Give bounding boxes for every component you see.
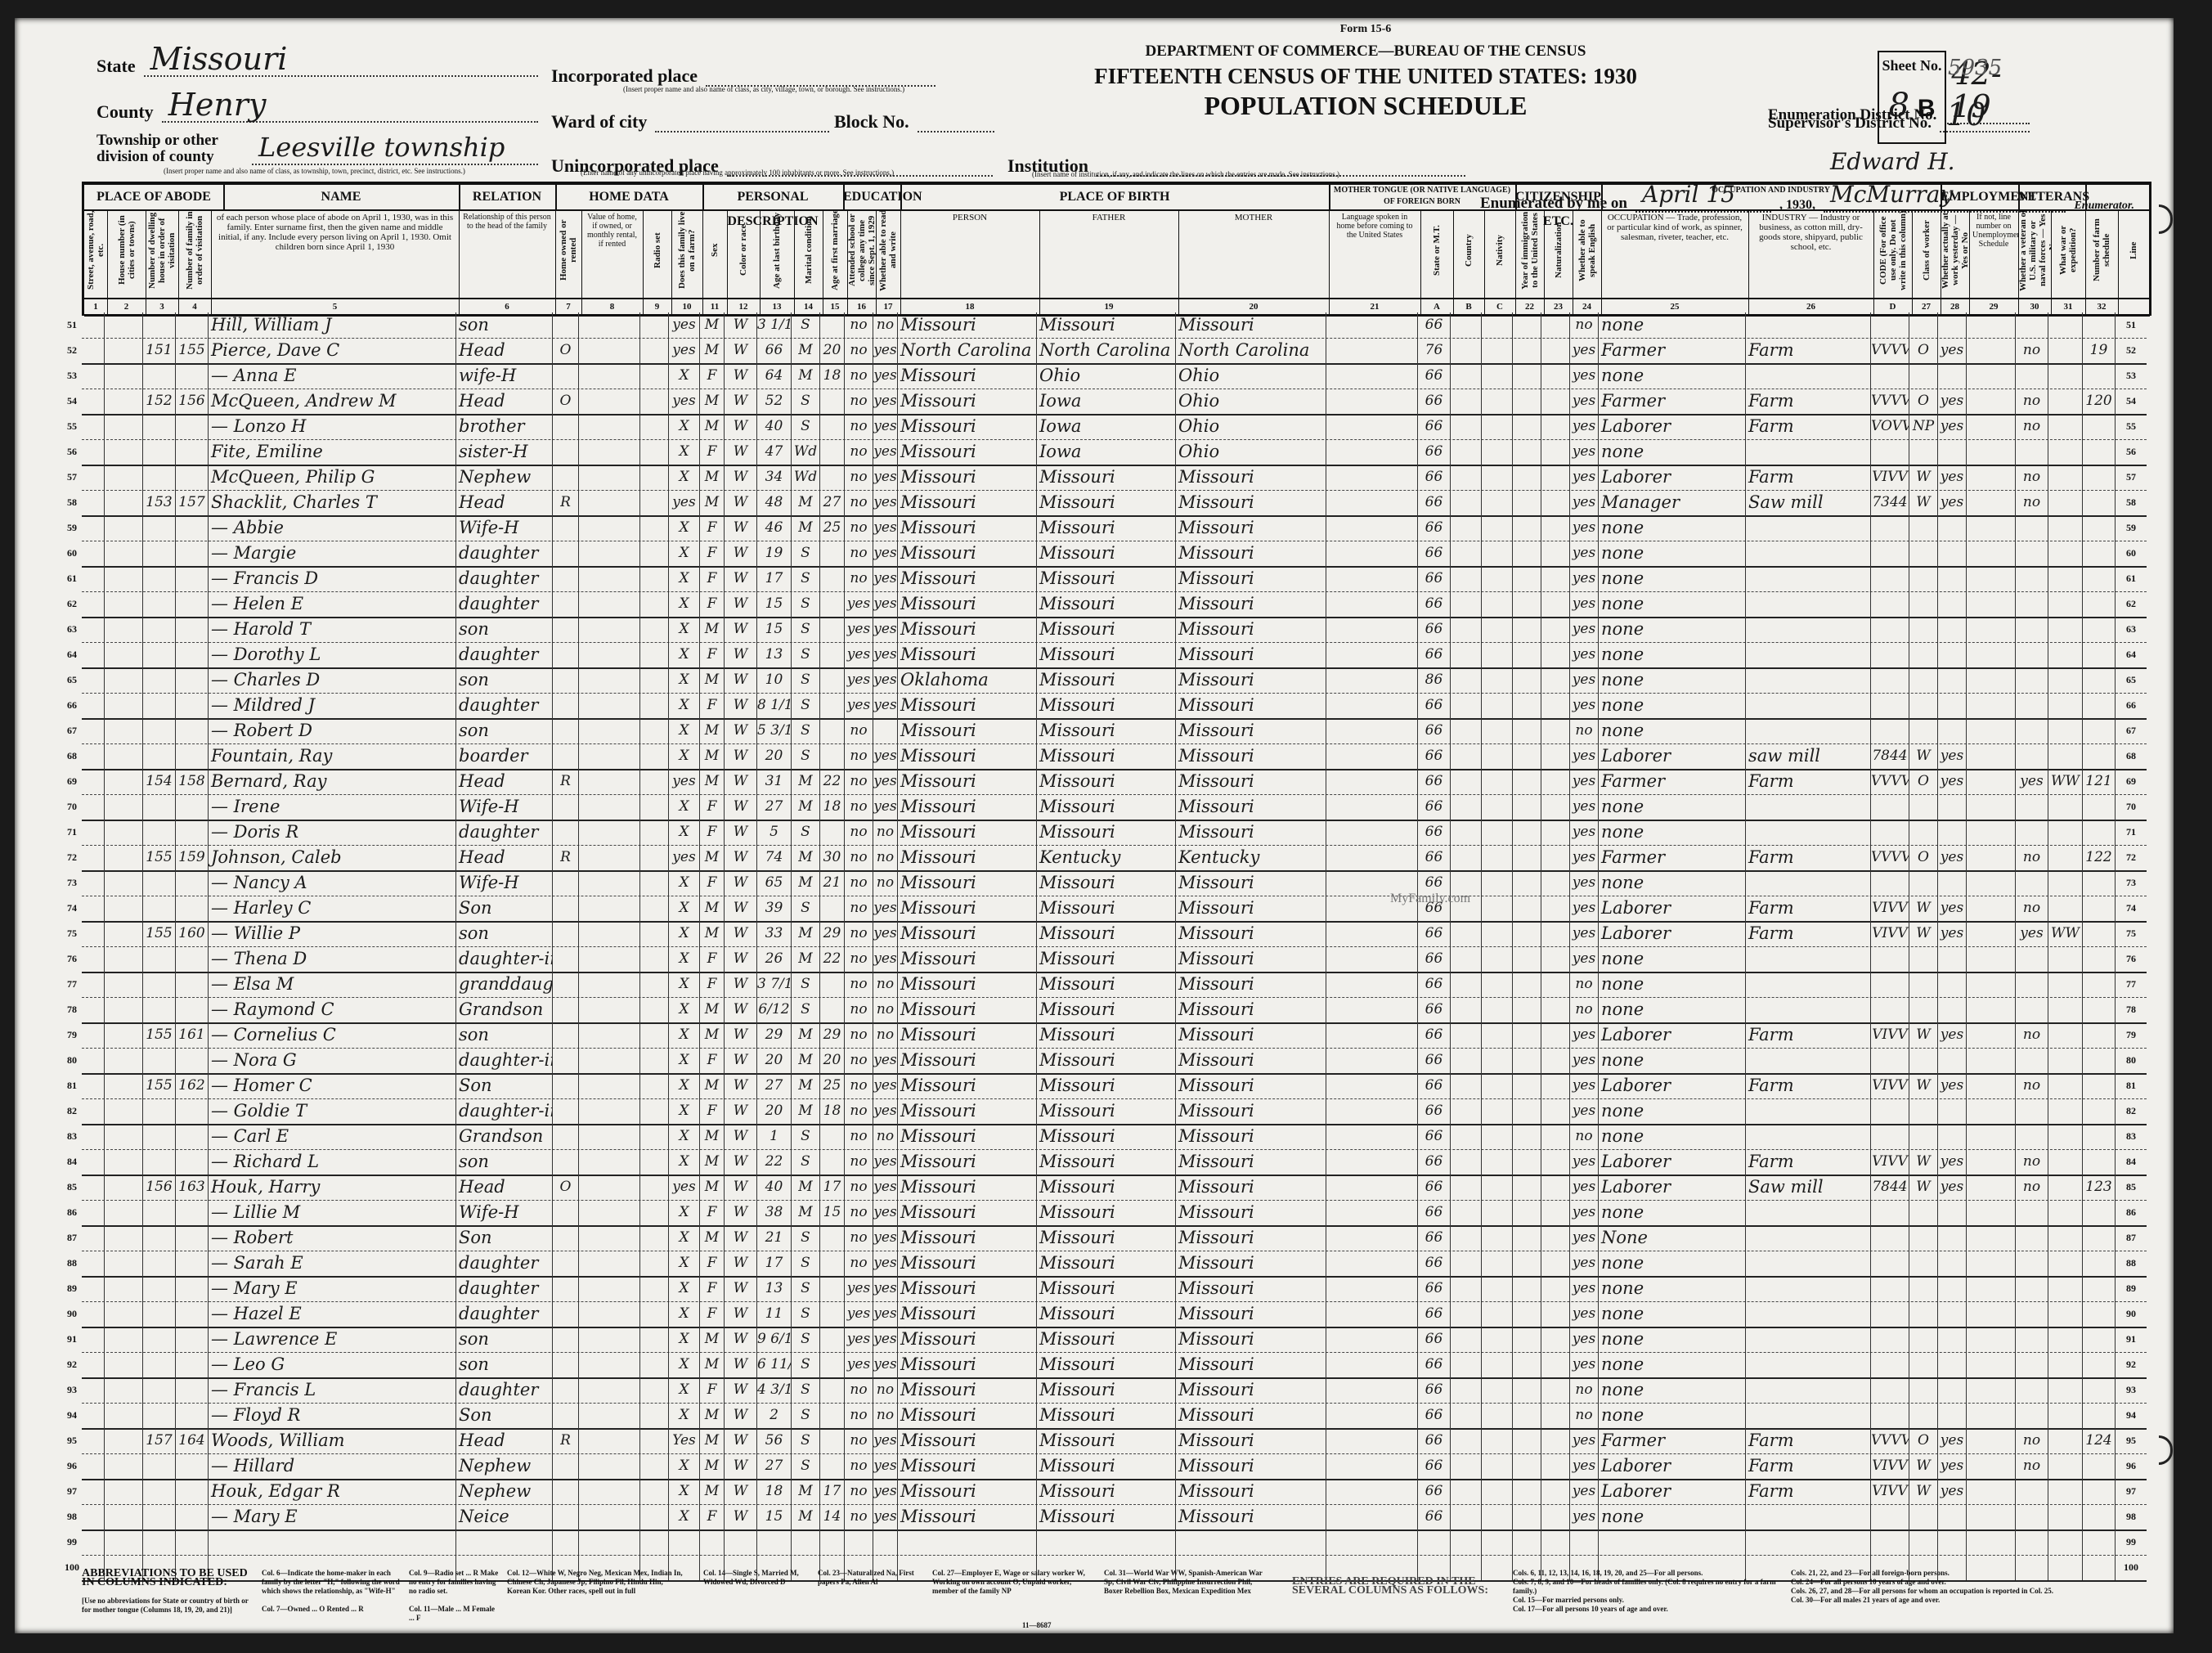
cell-name: Johnson, Caleb (209, 845, 456, 870)
cell-blank (1326, 1276, 1418, 1301)
cell-industry (1746, 718, 1871, 743)
cell-school: yes (845, 591, 873, 617)
table-row[interactable]: 9999 (82, 1529, 2147, 1556)
cell-veteran (2016, 1251, 2048, 1276)
cell-birth-person: Oklahoma (898, 667, 1037, 693)
cell-english: yes (1570, 1098, 1599, 1124)
cell-birth-mother: Missouri (1176, 1149, 1326, 1175)
cell-blank (1326, 743, 1418, 769)
cell-blank (1967, 389, 2016, 414)
table-row[interactable]: — Raymond CGrandsonXMW6/12SnonoMissouriM… (82, 997, 2147, 1024)
cell-code-d (1871, 591, 1909, 617)
table-row[interactable]: — Floyd RSonXMW2SnonoMissouriMissouriMis… (82, 1403, 2147, 1430)
cell-birth-father: Missouri (1037, 312, 1176, 338)
cell-school: no (845, 312, 873, 338)
cell-blank (105, 1098, 143, 1124)
cell-birth-mother: Missouri (1176, 1175, 1326, 1200)
cell-farm-sched (2083, 1098, 2116, 1124)
cell-birth-mother: Missouri (1176, 1124, 1326, 1149)
supervisor-value: 10 (1940, 98, 2030, 133)
cell-code-d (1871, 1048, 1909, 1073)
table-row[interactable]: 155159Johnson, CalebHeadRyesMW74M30nonoM… (82, 845, 2147, 872)
column-header-label: FATHER (1039, 209, 1178, 226)
cell-farm: X (669, 1124, 700, 1149)
cell-blank (1326, 997, 1418, 1022)
cell-sex (700, 1529, 725, 1555)
table-row[interactable]: — Hazel EdaughterXFW11SyesyesMissouriMis… (82, 1301, 2147, 1328)
cell-class (1909, 794, 1938, 820)
cell-sex: M (700, 1225, 725, 1251)
table-row[interactable]: — Lonzo HbrotherXMW40SnoyesMissouriIowaO… (82, 414, 2147, 440)
table-row[interactable]: — Thena Ddaughter-in-lawXFW26M22noyesMis… (82, 946, 2147, 973)
table-row[interactable]: — Nancy AWife-HXFW65M21nonoMissouriMisso… (82, 870, 2147, 896)
cell-blank (1482, 642, 1513, 667)
cell-marital: Wd (792, 439, 820, 465)
cell-birth-father: Missouri (1037, 1327, 1176, 1352)
cell-owned (553, 1377, 579, 1403)
cell-age: 20 (757, 1098, 792, 1124)
cell-age: 22 (757, 1149, 792, 1175)
cell-occupation: Laborer (1599, 1073, 1746, 1098)
cell-blank (1451, 1098, 1482, 1124)
cell-blank (1513, 845, 1541, 870)
cell-blank (1967, 1022, 2016, 1048)
cell-birth-father: Missouri (1037, 566, 1176, 591)
cell-blank (579, 1124, 640, 1149)
line-number: 76 (2116, 946, 2147, 972)
cell-marital: M (792, 490, 820, 515)
cell-blank (640, 617, 669, 642)
cell-blank (1513, 541, 1541, 566)
table-row[interactable]: — Helen EdaughterXFW15SyesyesMissouriMis… (82, 591, 2147, 618)
cell-farm-sched (2083, 617, 2116, 642)
cell-race: W (725, 1479, 757, 1504)
cell-veteran: no (2016, 845, 2048, 870)
line-number: 78 (2116, 997, 2147, 1022)
table-row[interactable]: — Richard LsonXMW22SnoyesMissouriMissour… (82, 1149, 2147, 1176)
cell-sex: M (700, 997, 725, 1022)
cell-school: yes (845, 1301, 873, 1327)
cell-read (873, 1529, 898, 1555)
table-row[interactable]: 152156McQueen, Andrew MHeadOyesMW52Snoye… (82, 389, 2147, 415)
cell-veteran (2016, 1276, 2048, 1301)
cell-english: yes (1570, 1048, 1599, 1073)
cell-relation: Neice (456, 1504, 553, 1529)
cell-code-d: VVVV (1871, 338, 1909, 363)
cell-blank (1451, 1352, 1482, 1377)
cell-blank (1541, 1149, 1570, 1175)
table-row[interactable]: 155160— Willie PsonXMW33M29noyesMissouri… (82, 921, 2147, 947)
cell-birth-father: Missouri (1037, 1377, 1176, 1403)
cell-birth-mother: Missouri (1176, 1504, 1326, 1529)
cell-blank (1482, 972, 1513, 997)
cell-relation: Son (456, 1225, 553, 1251)
cell-occupation: none (1599, 693, 1746, 718)
cell-blank (1482, 1529, 1513, 1555)
cell-blank (105, 338, 143, 363)
table-row[interactable]: Hill, William JsonyesMW3 1/12SnonoMissou… (82, 312, 2147, 339)
cell-owned (553, 1403, 579, 1428)
cell-blank (1326, 1175, 1418, 1200)
cell-blank (579, 338, 640, 363)
cell-war (2048, 642, 2083, 667)
cell-code-d: 7344 (1871, 490, 1909, 515)
cell-veteran (2016, 541, 2048, 566)
cell-age: 5 3/12 (757, 718, 792, 743)
column-header: INDUSTRY — Industry or business, as cott… (1748, 209, 1874, 298)
table-row[interactable]: 154158Bernard, RayHeadRyesMW31M22noyesMi… (82, 769, 2147, 795)
cell-blank (105, 1175, 143, 1200)
cell-owned (553, 997, 579, 1022)
cell-blank (1482, 1048, 1513, 1073)
cell-marital: S (792, 414, 820, 439)
cell-blank (1482, 1098, 1513, 1124)
cell-dwelling (143, 1529, 176, 1555)
table-row[interactable]: — Lillie MWife-HXFW38M15noyesMissouriMis… (82, 1200, 2147, 1227)
cell-school: no (845, 946, 873, 972)
cell-relation: Nephew (456, 465, 553, 490)
cell-owned (553, 718, 579, 743)
cell-blank (579, 769, 640, 794)
cell-blank (1967, 1504, 2016, 1529)
cell-blank (640, 591, 669, 617)
table-row[interactable]: 153157Shacklit, Charles THeadRyesMW48M27… (82, 490, 2147, 517)
cell-farm-sched (2083, 946, 2116, 972)
table-row[interactable]: — Harley CSonXMW39SnoyesMissouriMissouri… (82, 896, 2147, 923)
cell-blank (579, 591, 640, 617)
table-row[interactable]: — Francis LdaughterXFW4 3/12SnonoMissour… (82, 1377, 2147, 1404)
cell-first-marriage: 20 (820, 338, 845, 363)
cell-farm: X (669, 1149, 700, 1175)
cell-code-a: 66 (1418, 1200, 1451, 1225)
cell-read: yes (873, 1225, 898, 1251)
cell-industry (1746, 1529, 1871, 1555)
cell-code-d (1871, 515, 1909, 541)
cell-farm: X (669, 1453, 700, 1479)
line-number: 51 (2116, 312, 2147, 338)
cell-birth-person: Missouri (898, 465, 1037, 490)
cell-blank (1451, 1048, 1482, 1073)
table-row[interactable]: 155162— Homer CSonXMW27M25noyesMissouriM… (82, 1073, 2147, 1099)
table-row[interactable]: — Anna Ewife-HXFW64M18noyesMissouriOhioO… (82, 363, 2147, 389)
cell-at-work (1938, 515, 1967, 541)
column-header-grid: PLACE OF ABODENAMERELATIONHOME DATAPERSO… (82, 182, 2151, 316)
cell-age: 4 3/12 (757, 1377, 792, 1403)
cell-blank (1513, 591, 1541, 617)
cell-occupation: none (1599, 1048, 1746, 1073)
table-row[interactable]: — Sarah EdaughterXFW17SnoyesMissouriMiss… (82, 1251, 2147, 1278)
table-row[interactable]: 157164Woods, WilliamHeadRYesMW56SnoyesMi… (82, 1428, 2147, 1454)
block-label: Block No. (834, 111, 909, 133)
cell-sex: F (700, 1276, 725, 1301)
cell-blank (1541, 591, 1570, 617)
cell-read: yes (873, 667, 898, 693)
cell-occupation: none (1599, 312, 1746, 338)
column-group-header: CITIZENSHIP, ETC. (1515, 185, 1603, 211)
cell-relation: daughter (456, 566, 553, 591)
table-row[interactable]: — HillardNephewXMW27SnoyesMissouriMissou… (82, 1453, 2147, 1480)
cell-blank (1967, 1479, 2016, 1504)
column-header-label: Age at last birthday (772, 209, 782, 291)
cell-name: — Margie (209, 541, 456, 566)
table-row[interactable]: — Robert DsonXMW5 3/12SnoMissouriMissour… (82, 718, 2147, 744)
cell-blank (640, 1529, 669, 1555)
cell-blank (579, 1200, 640, 1225)
cell-blank (1967, 1529, 2016, 1555)
cell-blank (640, 338, 669, 363)
cell-at-work (1938, 312, 1967, 338)
cell-marital: S (792, 1124, 820, 1149)
cell-blank (1326, 1251, 1418, 1276)
cell-name: — Abbie (209, 515, 456, 541)
table-row[interactable]: — Charles DsonXMW10SyesyesOklahomaMissou… (82, 667, 2147, 694)
cell-code-d (1871, 870, 1909, 896)
township-field: Township or other division of county Lee… (96, 131, 538, 165)
cell-blank (105, 1428, 143, 1453)
table-row[interactable]: — Francis DdaughterXFW17SnoyesMissouriMi… (82, 566, 2147, 592)
line-number: 70 (2116, 794, 2147, 820)
county-field: County Henry (96, 88, 538, 123)
cell-blank (640, 490, 669, 515)
cell-blank (82, 820, 105, 845)
cell-blank (579, 1098, 640, 1124)
cell-birth-mother: Missouri (1176, 1479, 1326, 1504)
cell-read: no (873, 870, 898, 896)
cell-blank (1541, 1529, 1570, 1555)
cell-english: yes (1570, 870, 1599, 896)
table-row[interactable]: Fite, Emilinesister-HXFW47WdnoyesMissour… (82, 439, 2147, 466)
cell-dwelling (143, 591, 176, 617)
table-row[interactable]: — Elsa MgranddaughterXFW3 7/12SnonoMisso… (82, 972, 2147, 998)
cell-farm: X (669, 1276, 700, 1301)
table-row[interactable]: 155161— Cornelius CsonXMW29M29nonoMissou… (82, 1022, 2147, 1049)
cell-blank (579, 515, 640, 541)
cell-birth-mother: Missouri (1176, 1022, 1326, 1048)
table-row[interactable]: Houk, Edgar RNephewXMW18M17noyesMissouri… (82, 1479, 2147, 1505)
cell-code-a: 66 (1418, 1098, 1451, 1124)
cell-war (2048, 1479, 2083, 1504)
cell-family (176, 1048, 209, 1073)
cell-industry (1746, 541, 1871, 566)
cell-dwelling (143, 439, 176, 465)
cell-blank (1541, 515, 1570, 541)
cell-blank (82, 1352, 105, 1377)
cell-family (176, 1149, 209, 1175)
cell-occupation: none (1599, 363, 1746, 389)
cell-read: yes (873, 642, 898, 667)
cell-farm: X (669, 1200, 700, 1225)
table-row[interactable]: — Lawrence EsonXMW9 6/12SyesyesMissouriM… (82, 1327, 2147, 1353)
cell-blank (640, 642, 669, 667)
table-row[interactable]: — Carl EGrandsonXMW1SnonoMissouriMissour… (82, 1124, 2147, 1150)
cell-owned (553, 1251, 579, 1276)
line-number-left: 90 (64, 1301, 80, 1327)
cell-blank (1482, 312, 1513, 338)
cell-blank (1482, 1200, 1513, 1225)
cell-marital: S (792, 1225, 820, 1251)
cell-class (1909, 693, 1938, 718)
cell-war (2048, 693, 2083, 718)
cell-birth-mother: Missouri (1176, 1225, 1326, 1251)
table-row[interactable]: — Mary EdaughterXFW13SyesyesMissouriMiss… (82, 1276, 2147, 1302)
cell-war (2048, 1428, 2083, 1453)
cell-owned (553, 1098, 579, 1124)
cell-name: — Nora G (209, 1048, 456, 1073)
cell-war (2048, 1453, 2083, 1479)
cell-blank (1541, 743, 1570, 769)
cell-first-marriage: 20 (820, 1048, 845, 1073)
cell-sex: F (700, 566, 725, 591)
cell-name: — Floyd R (209, 1403, 456, 1428)
cell-birth-person: Missouri (898, 439, 1037, 465)
column-header: Number of farm schedule (2085, 209, 2119, 298)
cell-blank (640, 389, 669, 414)
cell-blank (82, 389, 105, 414)
column-header: Number of dwelling house in order of vis… (146, 209, 179, 298)
table-row[interactable]: — RobertSonXMW21SnoyesMissouriMissouriMi… (82, 1225, 2147, 1251)
line-number: 75 (2116, 921, 2147, 946)
cell-war (2048, 896, 2083, 921)
cell-name (209, 1529, 456, 1555)
cell-blank (1482, 794, 1513, 820)
cell-birth-father: Missouri (1037, 1504, 1176, 1529)
table-row[interactable]: Fountain, RayboarderXMW20SnoyesMissouriM… (82, 743, 2147, 770)
cell-farm-sched (2083, 1251, 2116, 1276)
cell-english: yes (1570, 845, 1599, 870)
cell-school: no (845, 718, 873, 743)
cell-family (176, 896, 209, 921)
cell-relation: son (456, 312, 553, 338)
cell-dwelling (143, 414, 176, 439)
cell-birth-person: Missouri (898, 743, 1037, 769)
cell-blank (1541, 1352, 1570, 1377)
cell-occupation: none (1599, 1352, 1746, 1377)
cell-dwelling (143, 1301, 176, 1327)
cell-blank (82, 667, 105, 693)
cell-relation: daughter (456, 820, 553, 845)
cell-english: yes (1570, 1251, 1599, 1276)
cell-birth-person: Missouri (898, 1479, 1037, 1504)
table-row[interactable]: — Dorothy LdaughterXFW13SyesyesMissouriM… (82, 642, 2147, 669)
cell-school: no (845, 743, 873, 769)
cell-blank (1967, 972, 2016, 997)
cell-at-work: yes (1938, 414, 1967, 439)
line-number-left: 97 (64, 1479, 80, 1504)
cell-birth-father: Missouri (1037, 997, 1176, 1022)
cell-at-work (1938, 972, 1967, 997)
cell-occupation: Laborer (1599, 1453, 1746, 1479)
cell-sex: F (700, 642, 725, 667)
cell-blank (579, 1327, 640, 1352)
cell-occupation: none (1599, 1403, 1746, 1428)
column-group-header: NAME (223, 185, 460, 211)
table-row[interactable]: 151155Pierce, Dave CHeadOyesMW66M20noyes… (82, 338, 2147, 365)
req-3: Col. 15—For married persons only. (1513, 1596, 1783, 1605)
cell-blank (105, 870, 143, 896)
cell-age: 66 (757, 338, 792, 363)
cell-family: 162 (176, 1073, 209, 1098)
sheet-number: 8 (1888, 87, 1909, 124)
cell-blank (640, 1251, 669, 1276)
cell-school: yes (845, 617, 873, 642)
table-row[interactable]: — IreneWife-HXFW27M18noyesMissouriMissou… (82, 794, 2147, 821)
required-list-1: Cols. 6, 11, 12, 13, 14, 16, 18, 19, 20,… (1513, 1569, 1783, 1614)
cell-at-work (1938, 1352, 1967, 1377)
table-row[interactable]: — MargiedaughterXFW19SnoyesMissouriMisso… (82, 541, 2147, 568)
line-number: 85 (2116, 1175, 2147, 1200)
cell-farm-sched (2083, 414, 2116, 439)
cell-code-a: 66 (1418, 1352, 1451, 1377)
table-row[interactable]: — Mildred JdaughterXFW8 1/12SyesyesMisso… (82, 693, 2147, 720)
cell-blank (1451, 845, 1482, 870)
cell-blank (640, 312, 669, 338)
cell-class (1909, 617, 1938, 642)
cell-blank (579, 541, 640, 566)
cell-blank (1326, 845, 1418, 870)
cell-at-work (1938, 541, 1967, 566)
cell-blank (82, 1377, 105, 1403)
cell-dwelling (143, 1504, 176, 1529)
cell-farm-sched (2083, 1200, 2116, 1225)
cell-sex: M (700, 1327, 725, 1352)
table-row[interactable]: McQueen, Philip GNephewXMW34WdnoyesMisso… (82, 465, 2147, 491)
cell-relation: daughter-in-law (456, 1098, 553, 1124)
column-header-label: Number of farm schedule (2092, 209, 2111, 291)
cell-birth-mother: Missouri (1176, 718, 1326, 743)
table-row[interactable]: — AbbieWife-HXFW46M25noyesMissouriMissou… (82, 515, 2147, 541)
cell-blank (1541, 490, 1570, 515)
cell-read: no (873, 997, 898, 1022)
cell-age (757, 1529, 792, 1555)
cell-blank (640, 997, 669, 1022)
table-row[interactable]: 156163Houk, HarryHeadOyesMW40M17noyesMis… (82, 1175, 2147, 1201)
cell-blank (105, 820, 143, 845)
cell-owned (553, 1276, 579, 1301)
table-row[interactable]: — Nora Gdaughter-in-lawXFW20M20noyesMiss… (82, 1048, 2147, 1075)
cell-code-d (1871, 1200, 1909, 1225)
cell-blank (105, 769, 143, 794)
cell-birth-person (898, 1529, 1037, 1555)
table-row[interactable]: — Harold TsonXMW15SyesyesMissouriMissour… (82, 617, 2147, 643)
table-row[interactable]: — Mary ENeiceXFW15M14noyesMissouriMissou… (82, 1504, 2147, 1531)
cell-birth-person: Missouri (898, 1048, 1037, 1073)
cell-blank (1326, 1301, 1418, 1327)
cell-birth-mother: Missouri (1176, 1453, 1326, 1479)
cell-dwelling (143, 972, 176, 997)
cell-veteran (2016, 1403, 2048, 1428)
cell-relation: daughter (456, 1301, 553, 1327)
table-row[interactable]: — Goldie Tdaughter-in-lawXFW20M18noyesMi… (82, 1098, 2147, 1125)
cell-blank (1541, 1022, 1570, 1048)
cell-blank (640, 515, 669, 541)
cell-age: 20 (757, 743, 792, 769)
table-row[interactable]: — Leo GsonXMW6 11/12SyesyesMissouriMisso… (82, 1352, 2147, 1379)
cell-owned (553, 1200, 579, 1225)
cell-age: 40 (757, 414, 792, 439)
cell-blank (105, 642, 143, 667)
cell-blank (1513, 389, 1541, 414)
cell-veteran (2016, 515, 2048, 541)
line-number-left: 57 (64, 465, 80, 490)
line-number: 89 (2116, 1276, 2147, 1301)
cell-english: no (1570, 997, 1599, 1022)
cell-sex: F (700, 515, 725, 541)
institution-note: (Insert name of institution, if any, and… (1032, 170, 1339, 178)
cell-first-marriage (820, 718, 845, 743)
table-row[interactable]: — Doris RdaughterXFW5SnonoMissouriMissou… (82, 820, 2147, 846)
cell-race: W (725, 1327, 757, 1352)
cell-blank (640, 743, 669, 769)
